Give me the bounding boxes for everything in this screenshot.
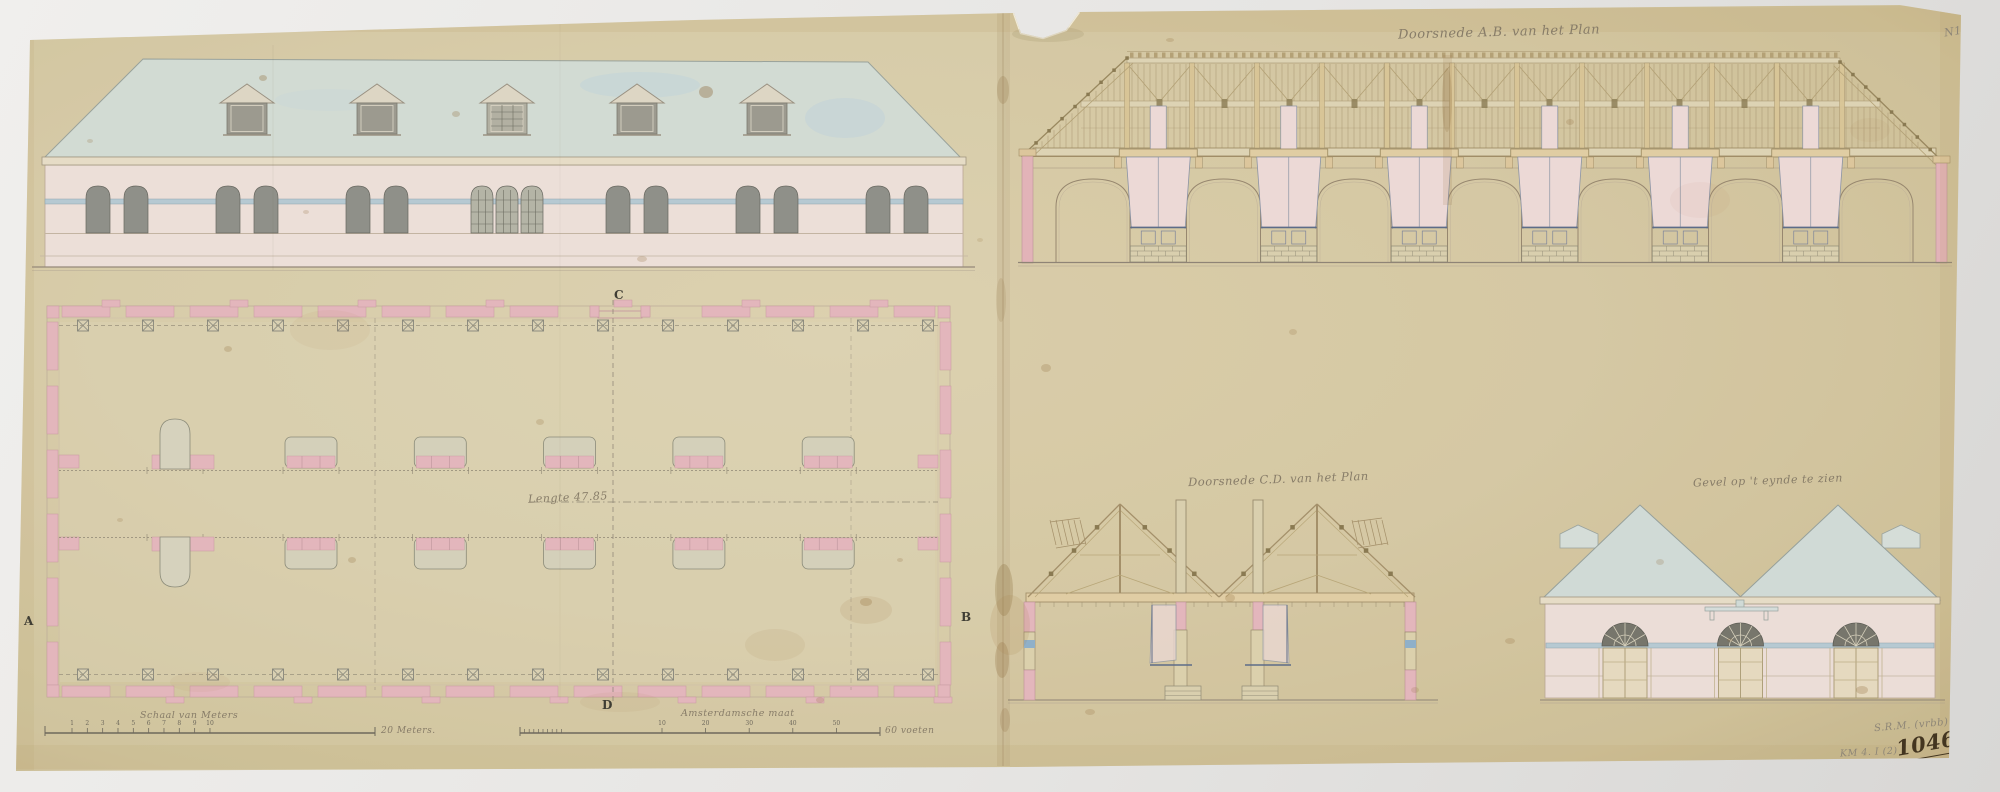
double-door: [1599, 648, 1651, 698]
scalebar-meters-label: Schaal van Meters: [140, 710, 238, 721]
scale-tick-label: 1: [70, 720, 74, 727]
scale-tick-label: 9: [193, 720, 197, 727]
sheet-artwork: 123456789101020304050: [0, 0, 2000, 792]
stall-upper: [544, 437, 596, 468]
arched-window: [124, 186, 148, 233]
arched-window: [346, 186, 370, 233]
scale-tick-label: 5: [131, 720, 135, 727]
arched-window: [254, 186, 278, 233]
stall-upper: [673, 437, 725, 468]
scale-tick-label: 10: [658, 720, 666, 727]
double-door: [1715, 648, 1767, 698]
side-elevation: [32, 59, 975, 271]
arched-window: [644, 186, 668, 233]
scale-tick-label: 30: [745, 720, 753, 727]
arched-window: [384, 186, 408, 233]
stall-lower: [414, 538, 466, 569]
drawing-sheet: 123456789101020304050 Doorsnede A.B. van…: [0, 0, 2000, 792]
stall-lower: [285, 538, 337, 569]
scale-tick-label: 3: [101, 720, 105, 727]
scalebar-meters-endlabel: 20 Meters.: [381, 726, 436, 736]
scale-tick-label: 7: [162, 720, 166, 727]
scalebar-feet-endlabel: 60 voeten: [885, 726, 934, 736]
arched-window: [216, 186, 240, 233]
scale-tick-label: 6: [147, 720, 151, 727]
arched-window: [606, 186, 630, 233]
arched-window: [521, 186, 543, 233]
plan-marker-a: A: [24, 614, 33, 628]
scale-tick-label: 40: [789, 720, 797, 727]
plan-marker-d: D: [602, 698, 612, 712]
arched-window: [471, 186, 493, 233]
scale-tick-label: 2: [85, 720, 89, 727]
plan-marker-c: C: [614, 288, 624, 302]
scale-tick-label: 4: [116, 720, 120, 727]
stall-upper: [285, 437, 337, 468]
scale-tick-label: 8: [177, 720, 181, 727]
stall-lower: [544, 538, 596, 569]
arched-window: [496, 186, 518, 233]
scan-backdrop: 123456789101020304050 Doorsnede A.B. van…: [0, 0, 2000, 792]
scalebar-feet-label: Amsterdamsche maat: [681, 708, 795, 719]
arched-window: [736, 186, 760, 233]
scale-tick-label: 50: [833, 720, 841, 727]
arched-window: [774, 186, 798, 233]
arched-window: [866, 186, 890, 233]
stall-upper: [414, 437, 466, 468]
arched-window: [904, 186, 928, 233]
plan-marker-b: B: [961, 610, 971, 624]
stall-upper: [802, 437, 854, 468]
stall-lower: [673, 538, 725, 569]
scale-tick-label: 10: [206, 720, 214, 727]
arched-window: [86, 186, 110, 233]
stall-lower: [802, 538, 854, 569]
double-door: [1830, 648, 1882, 698]
scale-tick-label: 20: [702, 720, 710, 727]
